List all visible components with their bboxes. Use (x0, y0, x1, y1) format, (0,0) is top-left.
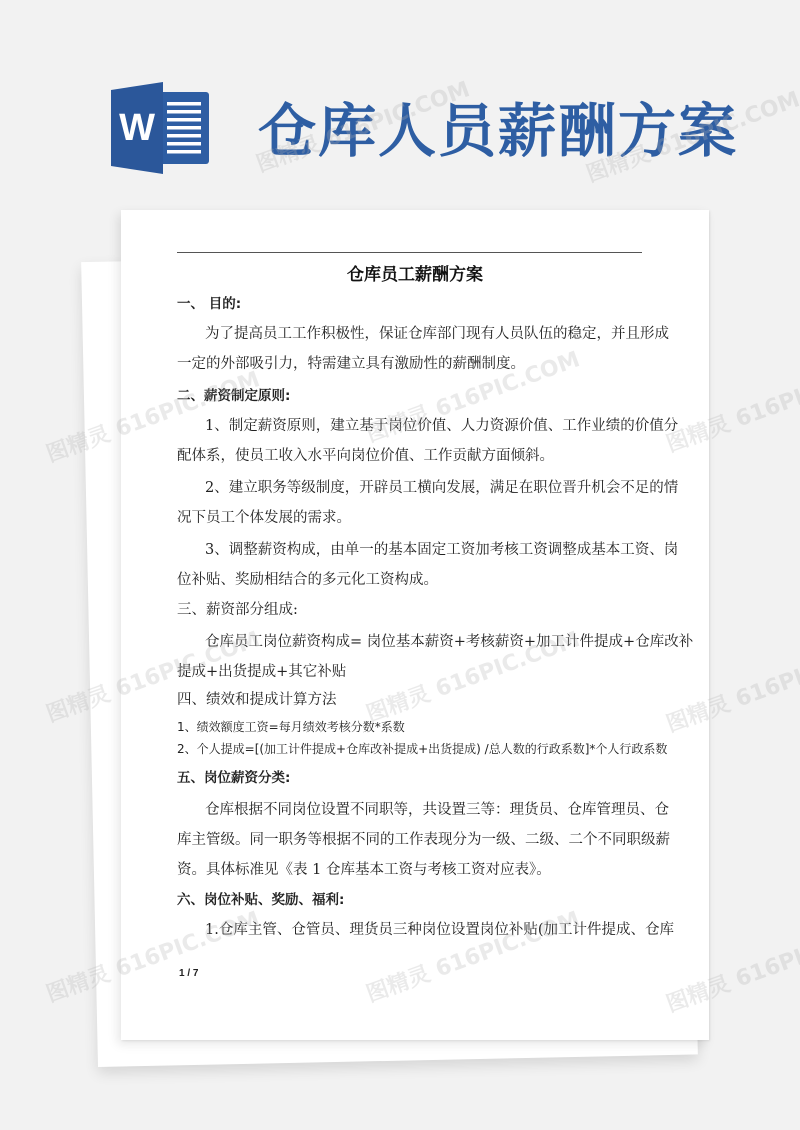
paragraph-line: 为了提高员工工作积极性，保证仓库部门现有人员队伍的稳定，并且形成 (205, 322, 685, 343)
page-indicator: 1 / 7 (179, 968, 198, 979)
banner-title: 仓库人员薪酬方案 (258, 84, 738, 168)
document-title: 仓库员工薪酬方案 (121, 260, 709, 285)
paragraph-line: 库主管级。同一职务等根据不同的工作表现分为一级、二级、二个不同职级薪 (177, 828, 657, 849)
paragraph-line: 2、建立职务等级制度，开辟员工横向发展，满足在职位晋升机会不足的情 (205, 476, 685, 497)
paragraph-line: 位补贴、奖励相结合的多元化工资构成。 (177, 568, 657, 589)
paragraph-line: 1、制定薪资原则，建立基于岗位价值、人力资源价值、工作业绩的价值分 (205, 414, 685, 435)
section-heading: 二、薪资制定原则: (177, 384, 657, 404)
svg-text:W: W (119, 107, 155, 149)
formula-line: 1、绩效额度工资=每月绩效考核分数*系数 (177, 718, 657, 735)
section-heading: 六、岗位补贴、奖励、福利: (177, 888, 657, 908)
word-icon: W (111, 82, 211, 174)
paragraph-line: 3、调整薪资构成，由单一的基本固定工资加考核工资调整成基本工资、岗 (205, 538, 685, 559)
formula-line: 2、个人提成=[(加工计件提成+仓库改补提成+出货提成) /总人数的行政系数]*… (177, 740, 657, 757)
section-heading: 四、绩效和提成计算方法 (177, 688, 657, 709)
paragraph-line: 仓库员工岗位薪资构成= 岗位基本薪资+考核薪资+加工计件提成+仓库改补 (205, 630, 685, 651)
paragraph-line: 一定的外部吸引力，特需建立具有激励性的薪酬制度。 (177, 352, 657, 373)
section-heading: 三、薪资部分组成: (177, 598, 657, 619)
paragraph-line: 提成+出货提成+其它补贴 (177, 660, 657, 681)
paragraph-line: 况下员工个体发展的需求。 (177, 506, 657, 527)
paragraph-line: 资。具体标准见《表 1 仓库基本工资与考核工资对应表》。 (177, 858, 657, 879)
paragraph-line: 配体系，使员工收入水平向岗位价值、工作贡献方面倾斜。 (177, 444, 657, 465)
header-rule (177, 252, 642, 253)
document-page: 仓库员工薪酬方案 一、 目的: 为了提高员工工作积极性，保证仓库部门现有人员队伍… (121, 210, 709, 1040)
paragraph-line: 仓库根据不同岗位设置不同职等，共设置三等：理货员、仓库管理员、仓 (205, 798, 685, 819)
banner: W 仓库人员薪酬方案 (0, 0, 800, 200)
paragraph-line: 1.仓库主管、仓管员、理货员三种岗位设置岗位补贴(加工计件提成、仓库 (205, 918, 685, 939)
section-heading: 五、岗位薪资分类: (177, 766, 657, 786)
section-heading: 一、 目的: (177, 292, 657, 312)
